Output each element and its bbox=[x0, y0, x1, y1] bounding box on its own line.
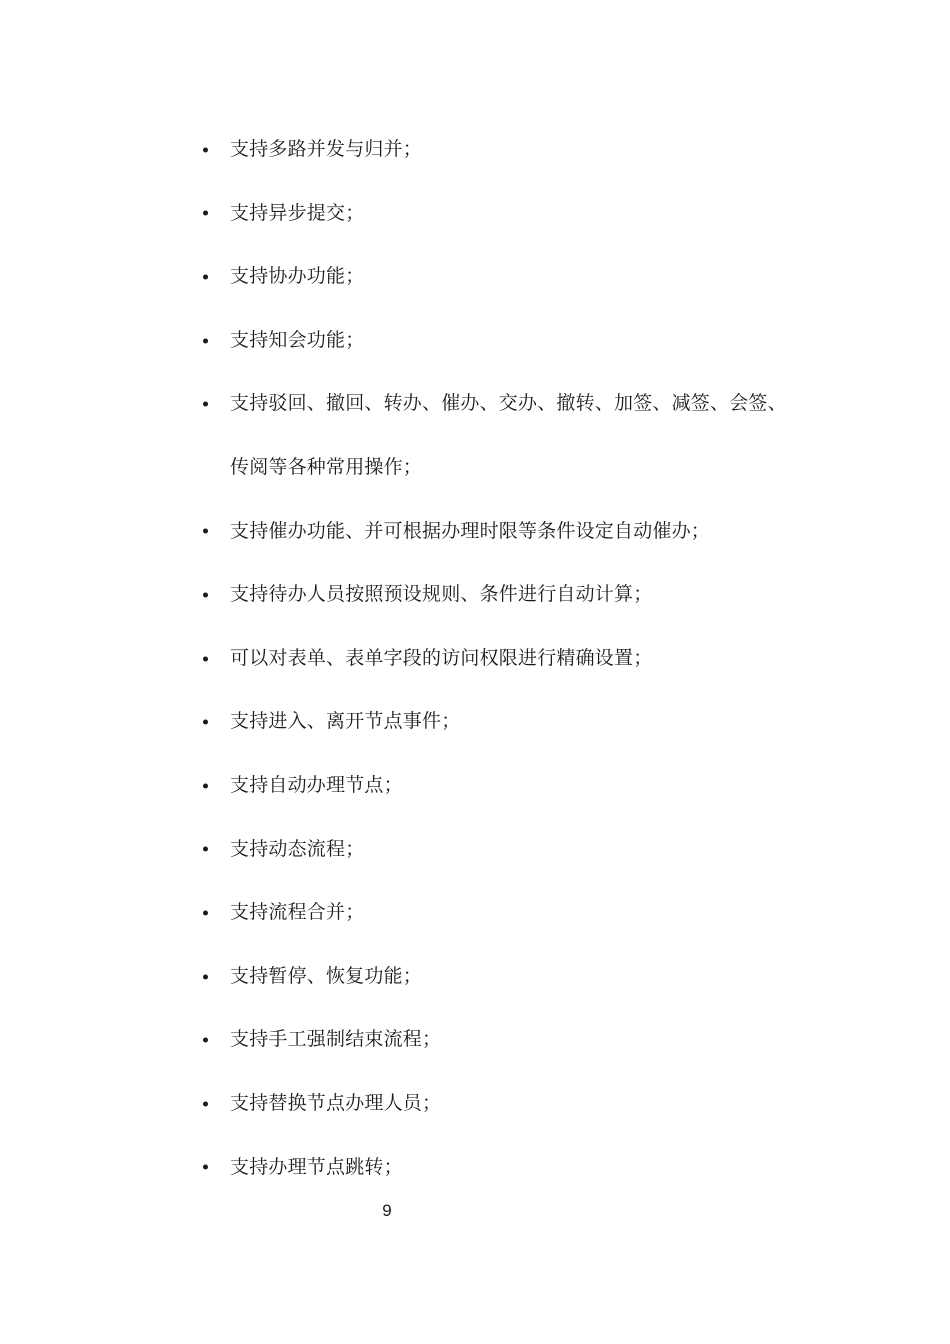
bullet-item: 支持手工强制结束流程； bbox=[230, 1008, 830, 1072]
bullet-item: 可以对表单、表单字段的访问权限进行精确设置； bbox=[230, 627, 830, 691]
bullet-dot-icon bbox=[203, 147, 208, 152]
bullet-text: 支持流程合并； bbox=[230, 902, 364, 923]
bullet-dot-icon bbox=[203, 211, 208, 216]
bullet-item: 支持催办功能、并可根据办理时限等条件设定自动催办； bbox=[230, 500, 830, 564]
bullet-text: 支持协办功能； bbox=[230, 266, 364, 287]
bullet-item: 支持动态流程； bbox=[230, 818, 830, 882]
bullet-text: 支持待办人员按照预设规则、条件进行自动计算； bbox=[230, 584, 652, 605]
bullet-item: 支持替换节点办理人员； bbox=[230, 1072, 830, 1136]
bullet-item: 支持暂停、恢复功能； bbox=[230, 945, 830, 1009]
bullet-dot-icon bbox=[203, 847, 208, 852]
bullet-dot-icon bbox=[203, 783, 208, 788]
bullet-text: 支持替换节点办理人员； bbox=[230, 1093, 441, 1114]
bullet-dot-icon bbox=[203, 910, 208, 915]
page-number: 9 bbox=[375, 1199, 399, 1223]
bullet-text: 支持暂停、恢复功能； bbox=[230, 966, 422, 987]
document-page: 支持多路并发与归并；支持异步提交；支持协办功能；支持知会功能；支持驳回、撤回、转… bbox=[0, 0, 950, 1344]
bullet-dot-icon bbox=[203, 656, 208, 661]
bullet-item: 支持异步提交； bbox=[230, 182, 830, 246]
bullet-dot-icon bbox=[203, 529, 208, 534]
bullet-item: 支持驳回、撤回、转办、催办、交办、撤转、加签、减签、会签、 bbox=[230, 372, 830, 436]
bullet-dot-icon bbox=[203, 1038, 208, 1043]
bullet-text: 支持自动办理节点； bbox=[230, 775, 403, 796]
bullet-text: 支持知会功能； bbox=[230, 330, 364, 351]
bullet-text: 支持催办功能、并可根据办理时限等条件设定自动催办； bbox=[230, 521, 710, 542]
bullet-dot-icon bbox=[203, 1165, 208, 1170]
bullet-text: 可以对表单、表单字段的访问权限进行精确设置； bbox=[230, 648, 652, 669]
bullet-dot-icon bbox=[203, 1101, 208, 1106]
bullet-dot-icon bbox=[203, 720, 208, 725]
bullet-text: 传阅等各种常用操作； bbox=[230, 457, 422, 478]
bullet-dot-icon bbox=[203, 974, 208, 979]
bullet-item: 支持多路并发与归并； bbox=[230, 118, 830, 182]
bullet-item: 支持知会功能； bbox=[230, 309, 830, 373]
bullet-text: 支持手工强制结束流程； bbox=[230, 1029, 441, 1050]
bullet-list: 支持多路并发与归并；支持异步提交；支持协办功能；支持知会功能；支持驳回、撤回、转… bbox=[230, 118, 830, 1199]
bullet-item: 支持办理节点跳转； bbox=[230, 1136, 830, 1200]
bullet-text: 支持驳回、撤回、转办、催办、交办、撤转、加签、减签、会签、 bbox=[230, 393, 787, 414]
bullet-item: 支持流程合并； bbox=[230, 881, 830, 945]
bullet-item: 支持进入、离开节点事件； bbox=[230, 690, 830, 754]
bullet-dot-icon bbox=[203, 592, 208, 597]
bullet-item-continuation: 传阅等各种常用操作； bbox=[230, 436, 830, 500]
bullet-text: 支持进入、离开节点事件； bbox=[230, 711, 460, 732]
bullet-dot-icon bbox=[203, 402, 208, 407]
bullet-text: 支持动态流程； bbox=[230, 839, 364, 860]
bullet-text: 支持办理节点跳转； bbox=[230, 1157, 403, 1178]
bullet-text: 支持异步提交； bbox=[230, 203, 364, 224]
bullet-item: 支持待办人员按照预设规则、条件进行自动计算； bbox=[230, 563, 830, 627]
bullet-dot-icon bbox=[203, 274, 208, 279]
bullet-text: 支持多路并发与归并； bbox=[230, 139, 422, 160]
bullet-item: 支持协办功能； bbox=[230, 245, 830, 309]
bullet-dot-icon bbox=[203, 338, 208, 343]
bullet-item: 支持自动办理节点； bbox=[230, 754, 830, 818]
